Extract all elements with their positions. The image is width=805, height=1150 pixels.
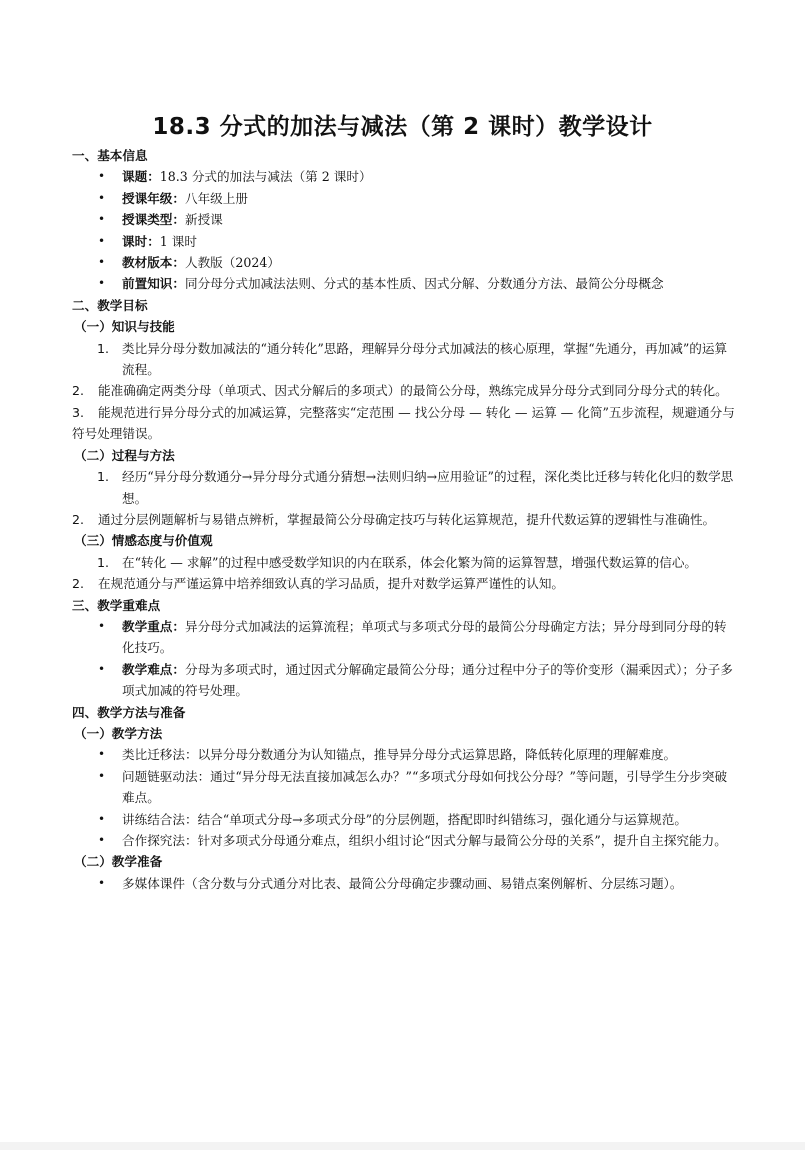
list-item: 课题：18.3 分式的加法与减法（第 2 课时） <box>72 166 737 187</box>
list-item: 授课类型：新授课 <box>72 209 737 230</box>
list-item: 教学难点：分母为多项式时，通过因式分解确定最简公分母；通分过程中分子的等价变形（… <box>72 659 737 702</box>
list-item: 教学重点：异分母分式加减法的运算流程；单项式与多项式分母的最简公分母确定方法；异… <box>72 616 737 659</box>
numbered-item: 2.能准确确定两类分母（单项式、因式分解后的多项式）的最简公分母，熟练完成异分母… <box>72 380 737 401</box>
numbered-item: 1.类比异分母分数加减法的“通分转化”思路，理解异分母分式加减法的核心原理，掌握… <box>72 338 737 381</box>
subsection-heading: （一）教学方法 <box>74 723 737 744</box>
section-heading-teaching-goals: 二、教学目标 <box>72 295 737 316</box>
list-item: 多媒体课件（含分数与分式通分对比表、最简公分母确定步骤动画、易错点案例解析、分层… <box>72 873 737 894</box>
numbered-item: 2.在规范通分与严谨运算中培养细致认真的学习品质，提升对数学运算严谨性的认知。 <box>72 573 737 594</box>
document-title: 18.3 分式的加法与减法（第 2 课时）教学设计 <box>0 108 805 141</box>
subsection-heading: （一）知识与技能 <box>74 316 737 337</box>
list-item: 问题链驱动法：通过“异分母无法直接加减怎么办？”“多项式分母如何找公分母？”等问… <box>72 766 737 809</box>
list-item: 授课年级：八年级上册 <box>72 188 737 209</box>
subsection-heading: （二）过程与方法 <box>74 445 737 466</box>
list-item: 课时：1 课时 <box>72 231 737 252</box>
list-item: 类比迁移法：以异分母分数通分为认知锚点，推导异分母分式运算思路，降低转化原理的理… <box>72 744 737 765</box>
list-item: 合作探究法：针对多项式分母通分难点，组织小组讨论“因式分解与最简公分母的关系”，… <box>72 830 737 851</box>
numbered-item: 1.经历“异分母分数通分→异分母分式通分猜想→法则归纳→应用验证”的过程，深化类… <box>72 466 737 509</box>
list-item: 讲练结合法：结合“单项式分母→多项式分母”的分层例题，搭配即时纠错练习，强化通分… <box>72 809 737 830</box>
document-body: 一、基本信息 课题：18.3 分式的加法与减法（第 2 课时） 授课年级：八年级… <box>72 145 737 894</box>
numbered-item: 2.通过分层例题解析与易错点辨析，掌握最简公分母确定技巧与转化运算规范，提升代数… <box>72 509 737 530</box>
numbered-item: 1.在“转化 — 求解”的过程中感受数学知识的内在联系，体会化繁为简的运算智慧，… <box>72 552 737 573</box>
list-item: 教材版本：人教版（2024） <box>72 252 737 273</box>
section-heading-key-points: 三、教学重难点 <box>72 595 737 616</box>
section-heading-basic-info: 一、基本信息 <box>72 145 737 166</box>
subsection-heading: （二）教学准备 <box>74 851 737 872</box>
section-heading-methods: 四、教学方法与准备 <box>72 702 737 723</box>
list-item: 前置知识：同分母分式加减法法则、分式的基本性质、因式分解、分数通分方法、最简公分… <box>72 273 737 294</box>
subsection-heading: （三）情感态度与价值观 <box>74 530 737 551</box>
numbered-item: 3.能规范进行异分母分式的加减运算，完整落实“定范围 — 找公分母 — 转化 —… <box>72 402 737 445</box>
document-page: 18.3 分式的加法与减法（第 2 课时）教学设计 一、基本信息 课题：18.3… <box>0 0 805 1142</box>
